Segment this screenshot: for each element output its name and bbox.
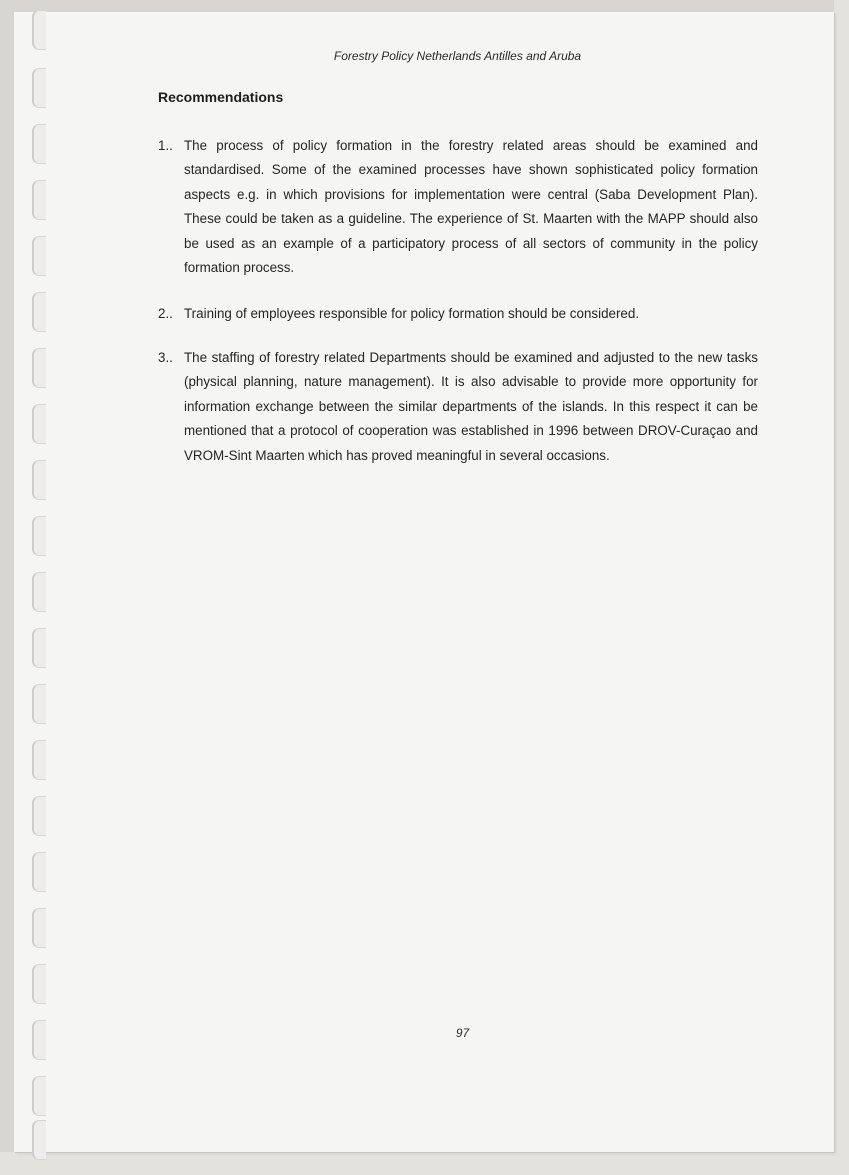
comb-binding [26,0,56,1175]
binding-hole-icon [32,180,46,220]
item-number: 1.. [158,134,184,158]
item-text: Training of employees responsible for po… [184,302,758,326]
binding-hole-icon [32,572,46,612]
item-number: 2.. [158,302,184,326]
recommendation-item: 3.. The staffing of forestry related Dep… [158,346,758,468]
binding-hole-icon [32,796,46,836]
recommendation-item: 2.. Training of employees responsible fo… [158,302,758,326]
section-title: Recommendations [158,89,283,105]
item-number: 3.. [158,346,184,370]
page-number: 97 [0,1026,849,1040]
binding-hole-icon [32,684,46,724]
binding-hole-icon [32,236,46,276]
item-text: The staffing of forestry related Departm… [184,346,758,468]
binding-hole-icon [32,404,46,444]
binding-hole-icon [32,68,46,108]
binding-hole-icon [32,1120,46,1160]
binding-hole-icon [32,628,46,668]
scan-background-bottom [0,1152,849,1175]
running-header: Forestry Policy Netherlands Antilles and… [0,49,849,63]
binding-hole-icon [32,292,46,332]
binding-hole-icon [32,1076,46,1116]
scan-background-right [834,0,849,1175]
binding-hole-icon [32,348,46,388]
binding-hole-icon [32,852,46,892]
binding-hole-icon [32,740,46,780]
binding-hole-icon [32,964,46,1004]
recommendation-item: 1.. The process of policy formation in t… [158,134,758,280]
binding-hole-icon [32,460,46,500]
item-text: The process of policy formation in the f… [184,134,758,280]
binding-hole-icon [32,10,46,50]
binding-hole-icon [32,124,46,164]
binding-hole-icon [32,908,46,948]
binding-hole-icon [32,516,46,556]
